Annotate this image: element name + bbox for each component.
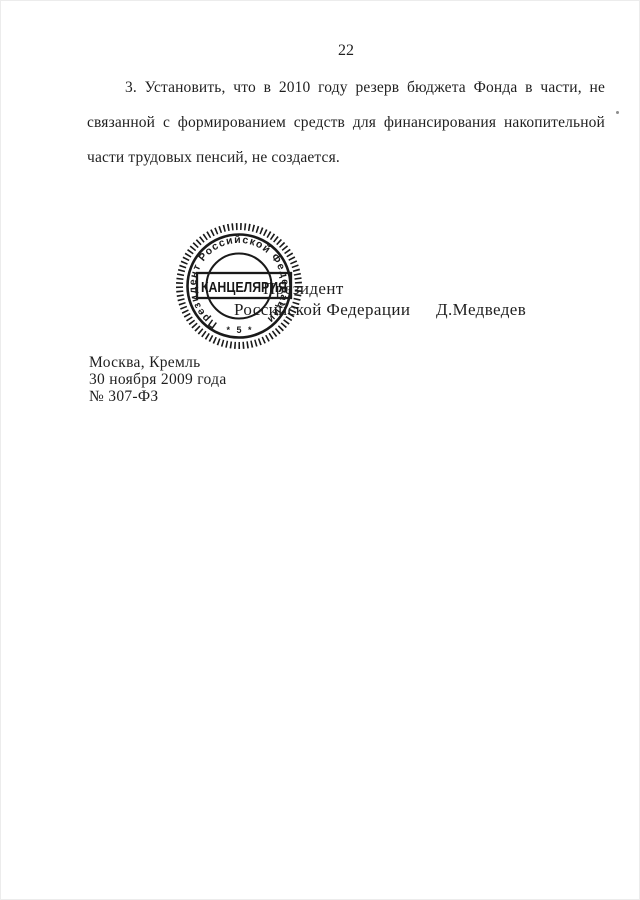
paragraph: 3. Установить, что в 2010 году резерв бю… xyxy=(87,78,605,183)
stamp-center-label: КАНЦЕЛЯРИЯ xyxy=(201,279,287,296)
chancellery-stamp-seal: Президент Российской Федерации * 5 * КАН… xyxy=(175,222,303,350)
footer-doc-number: № 307-ФЗ xyxy=(89,388,227,405)
page-number: 22 xyxy=(87,42,605,60)
document-page: 22 3. Установить, что в 2010 году резерв… xyxy=(0,0,640,900)
footer-date: 30 ноября 2009 года xyxy=(89,371,227,388)
paragraph-line-2: связанной с формированием средств для фи… xyxy=(87,113,605,148)
footer-block: Москва, Кремль 30 ноября 2009 года № 307… xyxy=(89,354,227,405)
stamp-number: * 5 * xyxy=(226,325,253,335)
paragraph-line-3: части трудовых пенсий, не создается. xyxy=(87,148,605,183)
scan-artifact-dot xyxy=(616,111,619,114)
footer-place: Москва, Кремль xyxy=(89,354,227,371)
paragraph-line-1: 3. Установить, что в 2010 году резерв бю… xyxy=(87,78,605,113)
signature-name: Д.Медведев xyxy=(436,300,526,320)
